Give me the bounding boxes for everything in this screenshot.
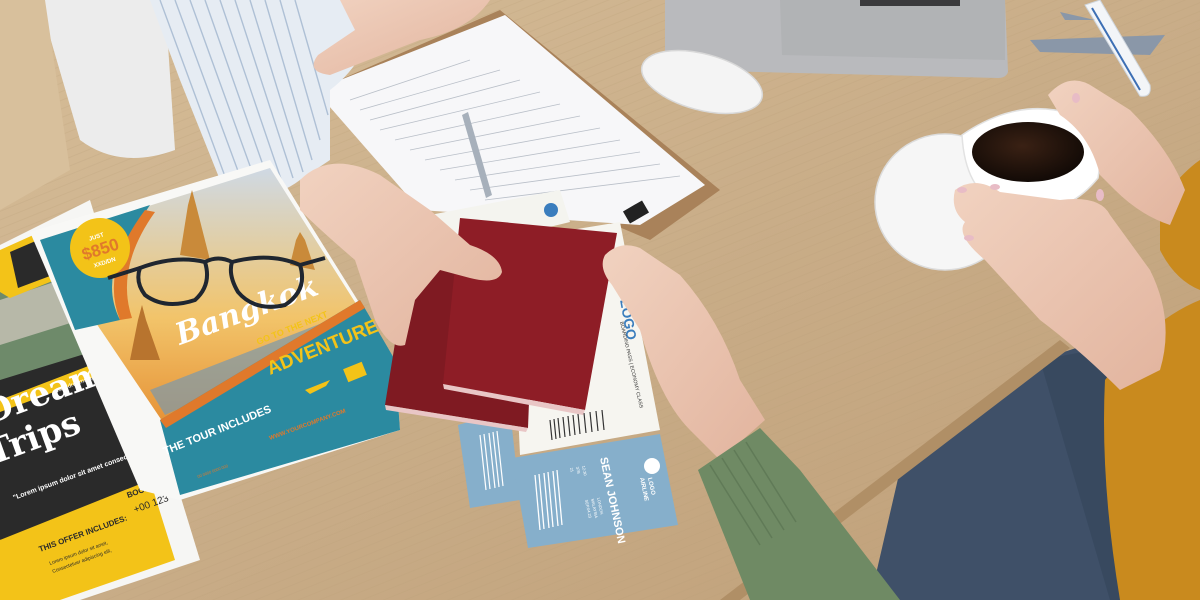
coffee [972, 122, 1084, 182]
travel-agency-photo: www.dreamstrips.com Dreams Trips "Lorem … [0, 0, 1200, 600]
